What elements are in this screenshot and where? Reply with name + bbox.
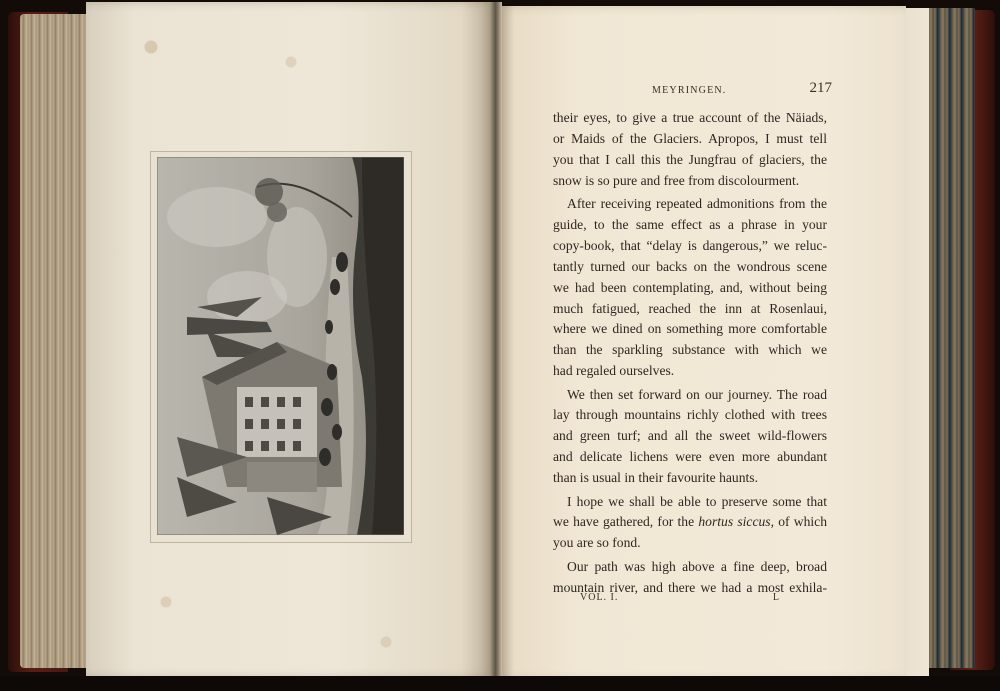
running-head-title: MEYRINGEN. bbox=[652, 85, 727, 96]
text-line: copy-book, that “delay is dangerous,” we… bbox=[553, 236, 827, 257]
page-number: 217 bbox=[810, 80, 833, 97]
text-line: guide, to the same effect as a phrase in… bbox=[553, 215, 827, 236]
text-line: I hope we shall be able to preserve some… bbox=[553, 492, 827, 513]
engraving-illustration bbox=[157, 157, 404, 535]
text-line: much fatigued, reached the inn at Rosenl… bbox=[553, 299, 827, 320]
sheet-mark: L bbox=[773, 592, 780, 603]
text-line: We then set forward on our journey. The … bbox=[553, 385, 827, 406]
text-line: we have gathered, for the hortus siccus,… bbox=[553, 512, 827, 533]
text-line: lay through mountains richly clothed wit… bbox=[553, 405, 827, 426]
text-span: we have gathered, for the bbox=[553, 514, 698, 529]
text-line: tantly turned our backs on the wondrous … bbox=[553, 257, 827, 278]
text-line: we had been contemplating, and, without … bbox=[553, 278, 827, 299]
text-line: After receiving repeated admonitions fro… bbox=[553, 194, 827, 215]
text-line: and green turf; and all the sweet wild-f… bbox=[553, 426, 827, 447]
text-span: of which bbox=[774, 514, 827, 529]
text-line: than the sparkling substance with which … bbox=[553, 340, 827, 361]
text-line: where we dined on something more comfort… bbox=[553, 319, 827, 340]
text-line: than is usual in their favourite haunts. bbox=[553, 468, 827, 489]
book-gutter bbox=[490, 2, 502, 678]
text-line: and delicate lichens were even more abun… bbox=[553, 447, 827, 468]
italic-latin-term: hortus siccus, bbox=[698, 514, 774, 529]
volume-signature: VOL. I. bbox=[580, 592, 618, 603]
text-line: or Maids of the Glaciers. Apropos, I mus… bbox=[553, 129, 827, 150]
text-line: Our path was high above a fine deep, bro… bbox=[553, 557, 827, 578]
text-line: you that I call this the Jungfrau of gla… bbox=[553, 150, 827, 171]
text-line: snow is so pure and free from discolourm… bbox=[553, 171, 827, 192]
page-footer: VOL. I. L bbox=[580, 592, 780, 606]
open-book: MEYRINGEN. 217 their eyes, to give a tru… bbox=[0, 0, 1000, 691]
page-edges-right bbox=[925, 8, 975, 668]
text-line: had regaled ourselves. bbox=[553, 361, 827, 382]
engraving-plate-frame bbox=[150, 151, 412, 543]
text-line: their eyes, to give a true account of th… bbox=[553, 108, 827, 129]
running-head: MEYRINGEN. 217 bbox=[560, 82, 832, 100]
text-line: you are so fond. bbox=[553, 533, 827, 554]
bottom-shadow bbox=[0, 676, 1000, 691]
page-edges-left bbox=[20, 14, 90, 668]
page-body-text: their eyes, to give a true account of th… bbox=[553, 108, 827, 598]
